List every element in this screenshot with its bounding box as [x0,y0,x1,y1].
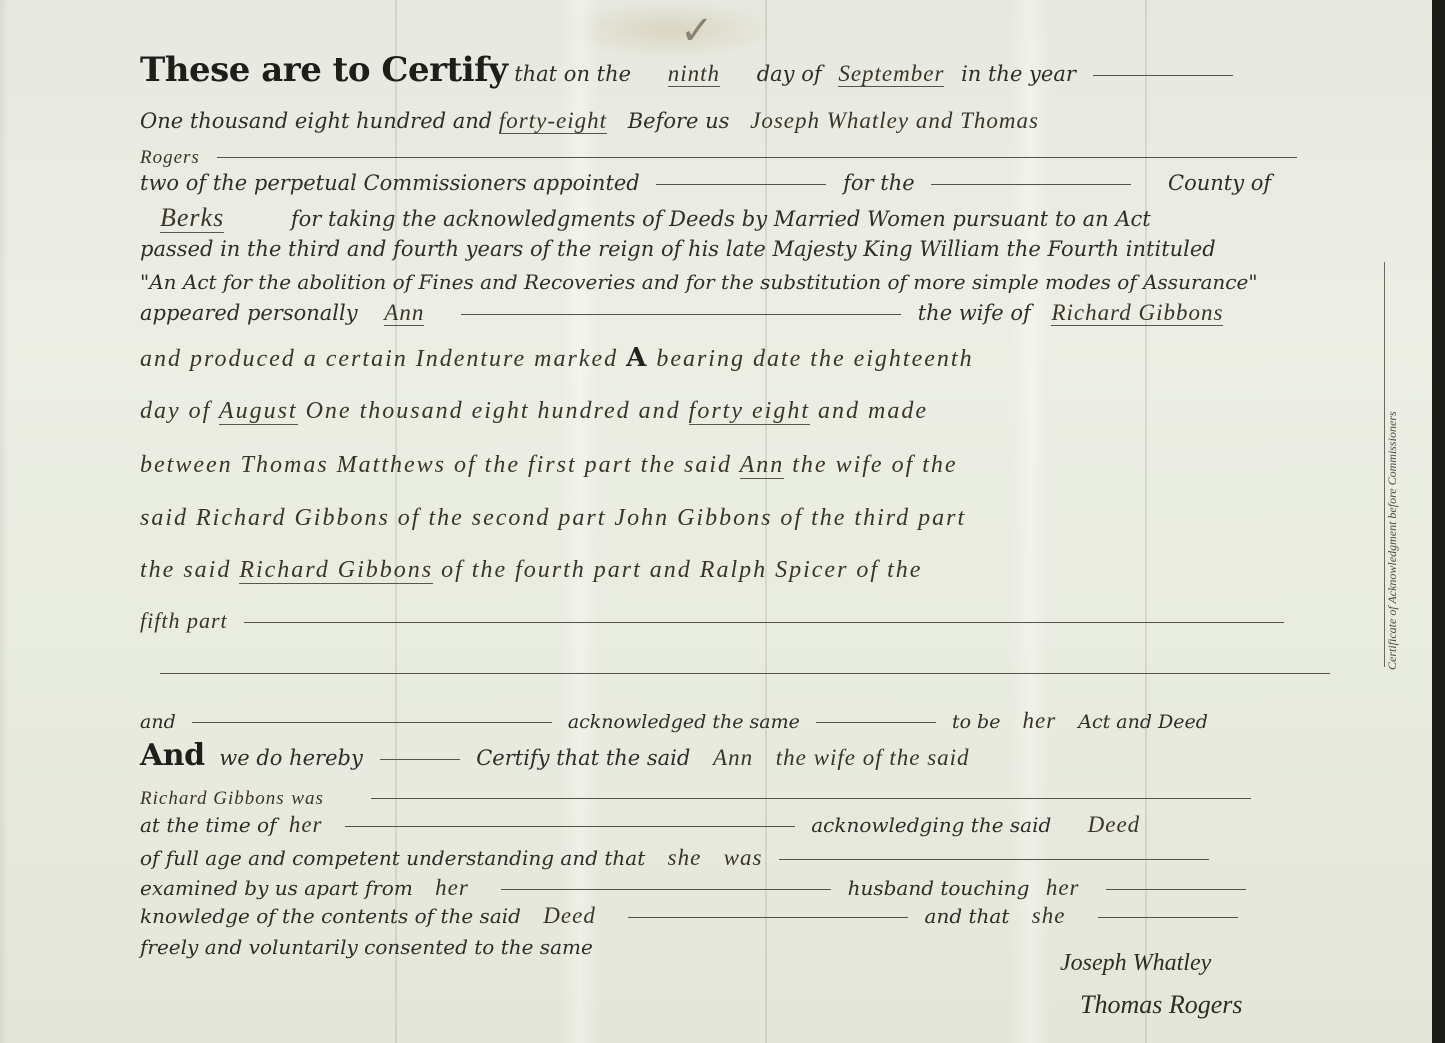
heading-and: And [140,738,205,773]
text: bearing date the eighteenth [656,346,973,372]
text: fifth part [140,608,228,633]
text: the wife of [918,301,1031,325]
line-5: Berks for taking the acknowledgments of … [140,203,1151,233]
line-1: These are to Certify that on the ninth d… [140,50,1243,90]
line-7: "An Act for the abolition of Fines and R… [140,270,1258,294]
month-field: September [838,61,944,87]
text: One thousand eight hundred and [306,398,681,424]
text: knowledge of the contents of the said [140,904,521,928]
line-17: And we do hereby Certify that the said A… [140,738,970,773]
text: and made [818,398,928,424]
text: of full age and competent understanding … [140,846,645,870]
blank-line [779,859,1209,861]
text: Act and Deed [1078,711,1208,733]
text: husband touching [848,876,1030,900]
line-4: two of the perpetual Commissioners appoi… [140,171,1271,195]
year-field: forty-eight [499,108,607,134]
line-9: and produced a certain Indenture marked … [140,343,974,373]
document-ref: Deed [543,903,596,928]
text: for taking the acknowledgments of Deeds … [291,207,1151,231]
line-2: One thousand eight hundred and forty-eig… [140,108,1039,134]
husband-name-ref: Richard Gibbons [239,557,433,584]
text: freely and voluntarily consented to the … [140,935,593,959]
text: and [140,711,176,733]
text: to be [952,711,1001,733]
deed-certificate-page: ✓ These are to Certify that on the ninth… [0,0,1432,1043]
text: we do hereby [219,746,363,770]
wife-name-field: Ann [384,300,424,326]
text: in the year [961,62,1076,86]
text: that on the [514,62,631,86]
line-22: knowledge of the contents of the said De… [140,903,1248,929]
scan-edge [1432,0,1445,1043]
text: said Richard Gibbons of the second part … [140,505,966,531]
text: passed in the third and fourth years of … [140,237,1216,261]
pencil-check-mark: ✓ [680,8,714,54]
pronoun-field: her [1046,875,1080,900]
pronoun-field: she [668,845,702,870]
text: examined by us apart from [140,876,413,900]
text: for the [843,171,915,195]
text: the wife of the [792,452,957,478]
text: and that [925,904,1010,928]
signature-commissioner-2: Thomas Rogers [1080,990,1243,1020]
text: appeared personally [140,301,358,325]
text: Before us [628,109,730,133]
text: the said [140,557,231,583]
text: day of [140,398,211,424]
line-3: Rogers [140,144,1307,169]
blank-line [1106,889,1246,891]
blank-line [656,184,826,186]
pronoun-field: she [1032,903,1066,928]
blank-line [244,622,1284,624]
wife-name-ref: Ann [740,452,785,479]
line-18: Richard Gibbons was [140,785,1261,810]
text: One thousand eight hundred and [140,109,492,133]
text: was [291,788,324,809]
line-10: day of August One thousand eight hundred… [140,398,928,425]
indenture-year: forty eight [689,398,810,425]
husband-name-ref: Richard Gibbons [140,788,285,809]
blank-line [1093,75,1233,77]
line-19: at the time of her acknowledging the sai… [140,812,1140,838]
margin-title: Certificate of Acknowledgment before Com… [1385,411,1400,670]
line-20: of full age and competent understanding … [140,845,1219,871]
blank-line [217,157,1297,159]
line-12: said Richard Gibbons of the second part … [140,505,966,532]
commissioner-name-cont: Rogers [140,147,200,168]
blank-line [192,722,552,724]
blank-line [1098,917,1238,919]
line-6: passed in the third and fourth years of … [140,237,1216,261]
text: Certify that the said [476,746,690,770]
blank-line [816,722,936,724]
day-field: ninth [668,61,720,87]
signature-commissioner-1: Joseph Whatley [1060,950,1211,977]
text: at the time of [140,813,276,837]
line-23: freely and voluntarily consented to the … [140,935,593,959]
text: County of [1168,171,1271,195]
blank-line [380,759,460,761]
line-14: fifth part [140,608,1294,634]
text: of the fourth part and Ralph Spicer of t… [441,557,922,583]
blank-line [160,673,1330,675]
heading-these-are-to-certify: These are to Certify [140,50,508,90]
line-21: examined by us apart from her husband to… [140,875,1256,901]
county-field: Berks [160,203,224,233]
wife-name-ref: Ann [713,745,753,770]
pronoun-field: her [1023,708,1057,733]
text: the wife of the said [776,745,970,770]
text: acknowledging the said [811,813,1051,837]
text: between Thomas Matthews of the first par… [140,452,732,478]
line-11: between Thomas Matthews of the first par… [140,452,958,479]
pronoun-field: her [289,812,323,837]
text: and produced a certain Indenture marked [140,346,618,372]
line-15 [140,660,1340,684]
blank-line [931,184,1131,186]
line-13: the said Richard Gibbons of the fourth p… [140,557,922,584]
indenture-mark: A [626,343,648,373]
line-16: and acknowledged the same to be her Act … [140,708,1208,734]
text: acknowledged the same [568,711,800,733]
blank-line [501,889,831,891]
husband-name-field: Richard Gibbons [1051,300,1223,326]
act-title: "An Act for the abolition of Fines and R… [140,270,1258,294]
line-8: appeared personally Ann the wife of Rich… [140,300,1223,326]
blank-line [345,826,795,828]
text: was [724,845,763,870]
blank-line [371,798,1251,800]
text: two of the perpetual Commissioners appoi… [140,171,640,195]
commissioner-names-field: Joseph Whatley and Thomas [750,108,1039,133]
indenture-month: August [219,398,298,425]
blank-line [461,314,901,316]
blank-line [628,917,908,919]
text: day of [757,62,822,86]
pronoun-field: her [435,875,469,900]
document-ref: Deed [1088,812,1141,837]
